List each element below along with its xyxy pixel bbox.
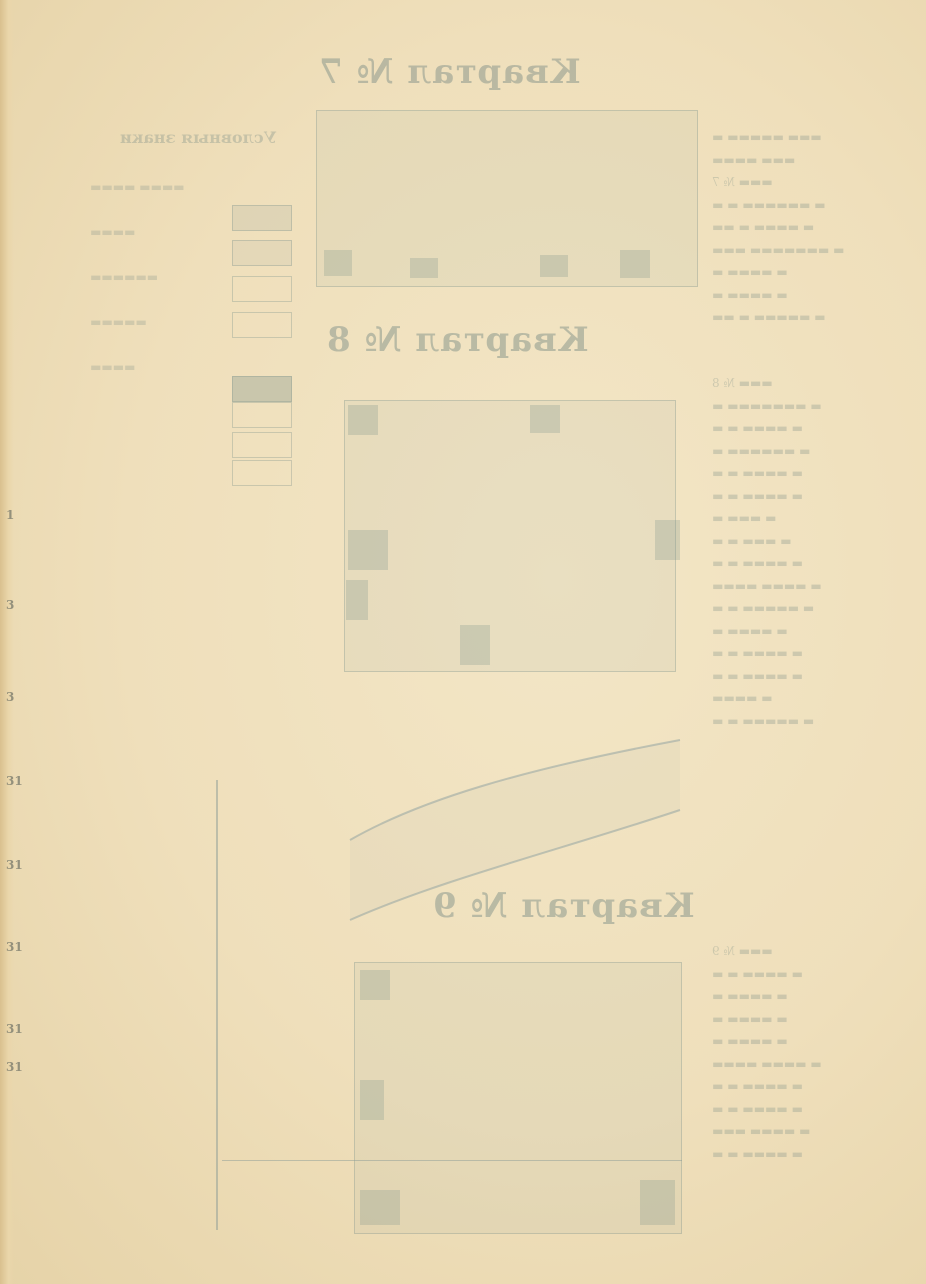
owner-list-8: ▬▬▬ № 8▬ ▬▬▬▬▬▬▬ ▬▬ ▬▬▬▬ ▬ ▬▬ ▬▬▬▬▬▬ ▬▬ … (712, 372, 862, 732)
margin-number: 31 (6, 1060, 23, 1074)
scanned-page: { "page": { "description": "Scanned reve… (0, 0, 926, 1284)
margin-number: 3 (6, 690, 14, 704)
margin-number: 31 (6, 774, 23, 788)
horizontal-rule (222, 1160, 682, 1161)
vertical-rule (216, 780, 218, 1230)
page-binding-edge (0, 0, 14, 1284)
margin-number: 31 (6, 1022, 23, 1036)
margin-number: 31 (6, 858, 23, 872)
heading-kvartal-8: Квартал № 8 (326, 320, 589, 360)
legend-title: Условныя знаки (120, 128, 277, 147)
margin-number: 31 (6, 940, 23, 954)
margin-number: 1 (6, 508, 14, 522)
owner-list-9: ▬▬▬ № 9▬ ▬▬▬▬ ▬ ▬▬ ▬▬▬▬ ▬▬ ▬▬▬▬ ▬▬ ▬▬▬▬ … (712, 940, 862, 1165)
legend-labels: ▬▬▬▬ ▬▬▬▬▬▬▬▬▬▬▬▬▬▬▬▬▬▬▬▬▬▬▬ (90, 176, 230, 379)
river-outline (340, 730, 690, 930)
owner-list-7: ▬▬▬ ▬▬▬▬▬ ▬▬▬▬ ▬▬▬▬▬▬▬ № 7▬ ▬▬▬▬▬▬ ▬ ▬▬ … (712, 126, 862, 329)
heading-kvartal-7: Квартал № 7 (318, 52, 581, 92)
margin-number: 3 (6, 598, 14, 612)
